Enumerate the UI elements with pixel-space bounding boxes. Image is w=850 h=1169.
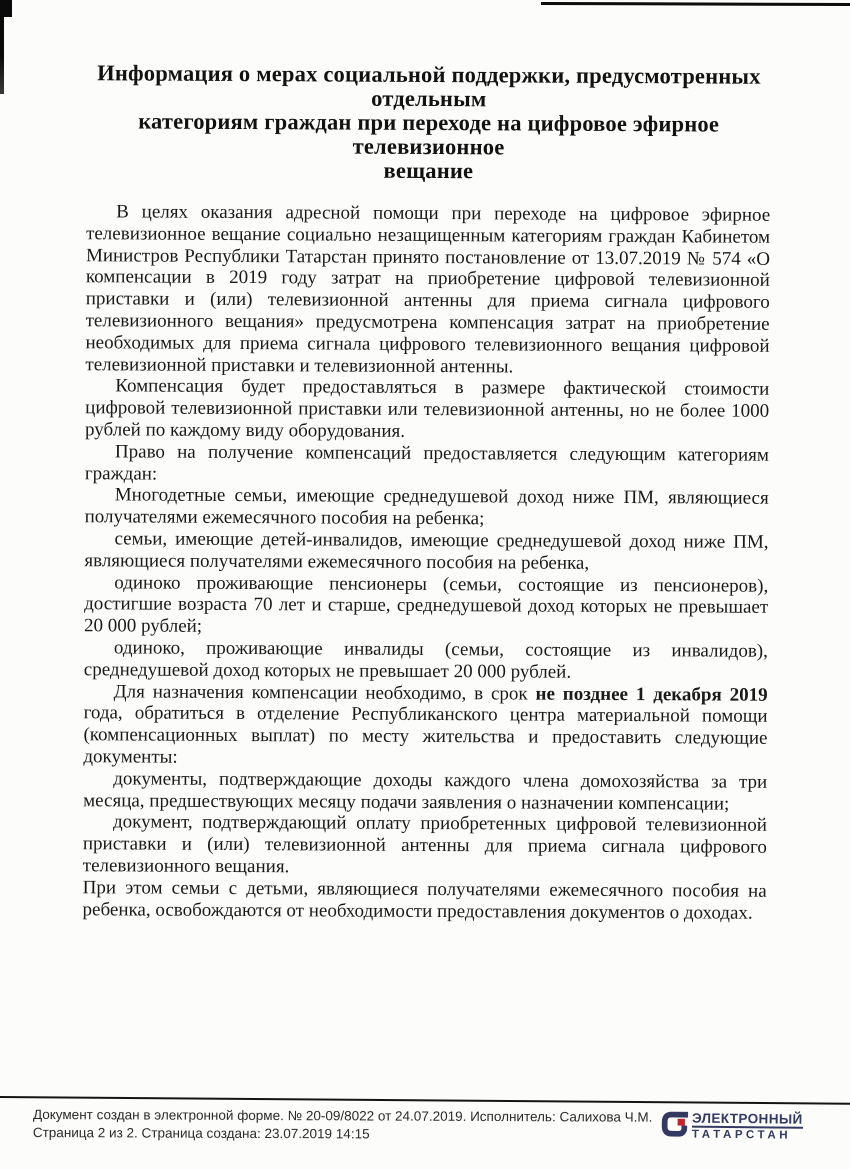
text: документы, подтверждающие доходы каждого…: [83, 768, 767, 814]
text: одиноко проживающие пенсионеры (семьи, с…: [84, 572, 768, 637]
text: Право на получение компенсаций предостав…: [85, 441, 769, 484]
footer-stamp: Документ создан в электронной форме. № 2…: [33, 1106, 653, 1145]
logo-text-line1: ЭЛЕКТРОННЫЙ: [692, 1112, 803, 1126]
document-body: В целях оказания адресной помощи при пер…: [83, 201, 771, 924]
text: В целях оказания адресной помощи при пер…: [85, 201, 770, 377]
paragraph: Для назначения компенсации необходимо, в…: [83, 681, 767, 772]
text: При этом семьи с детьми, являющиеся полу…: [83, 877, 767, 923]
paragraph: документ, подтверждающий оплату приобрет…: [83, 812, 767, 881]
text: Для назначения компенсации необходимо, в…: [114, 681, 536, 704]
paragraph: Компенсация будет предоставляться в разм…: [85, 376, 769, 445]
document-content: Информация о мерах социальной поддержки,…: [83, 61, 771, 924]
electronic-tatarstan-logo: ЭЛЕКТРОННЫЙ ТАТАРСТАН: [660, 1109, 803, 1141]
scan-artifact-top-line: [541, 2, 850, 6]
title-line: категориям граждан при переходе на цифро…: [87, 109, 771, 161]
paragraph: семьи, имеющие детей-инвалидов, имеющие …: [84, 528, 768, 575]
text: Многодетные семьи, имеющие среднедушевой…: [85, 485, 769, 530]
electronic-tatarstan-logo-icon: [660, 1109, 689, 1138]
paragraph: Право на получение компенсаций предостав…: [85, 441, 769, 488]
bold-text: не позднее 1 декабря 2019: [535, 683, 767, 705]
text: года, обратиться в отделение Республикан…: [83, 703, 767, 768]
footer-stamp-line2: Страница 2 из 2. Страница создана: 23.07…: [33, 1124, 653, 1145]
paragraph: документы, подтверждающие доходы каждого…: [83, 768, 767, 815]
paragraph: одиноко проживающие пенсионеры (семьи, с…: [84, 572, 768, 641]
title-line: вещание: [86, 157, 770, 185]
text: документ, подтверждающий оплату приобрет…: [83, 812, 767, 878]
paragraph: одиноко, проживающие инвалиды (семьи, со…: [84, 637, 768, 684]
electronic-tatarstan-logo-text: ЭЛЕКТРОННЫЙ ТАТАРСТАН: [692, 1110, 803, 1142]
paragraph: При этом семьи с детьми, являющиеся полу…: [83, 877, 767, 924]
paragraph: В целях оказания адресной помощи при пер…: [85, 201, 770, 379]
footer-divider-line: [0, 1096, 850, 1105]
title-line: Информация о мерах социальной поддержки,…: [87, 61, 771, 113]
document-title: Информация о мерах социальной поддержки,…: [86, 61, 771, 185]
text: семьи, имеющие детей-инвалидов, имеющие …: [84, 528, 768, 573]
logo-text-line2: ТАТАРСТАН: [692, 1130, 803, 1142]
text: Компенсация будет предоставляться в разм…: [85, 376, 769, 442]
paragraph: Многодетные семьи, имеющие среднедушевой…: [85, 485, 769, 532]
scanned-document-page: Информация о мерах социальной поддержки,…: [0, 0, 850, 1169]
text: одиноко, проживающие инвалиды (семьи, со…: [84, 637, 768, 682]
scan-artifact-left-strip: [0, 0, 4, 94]
